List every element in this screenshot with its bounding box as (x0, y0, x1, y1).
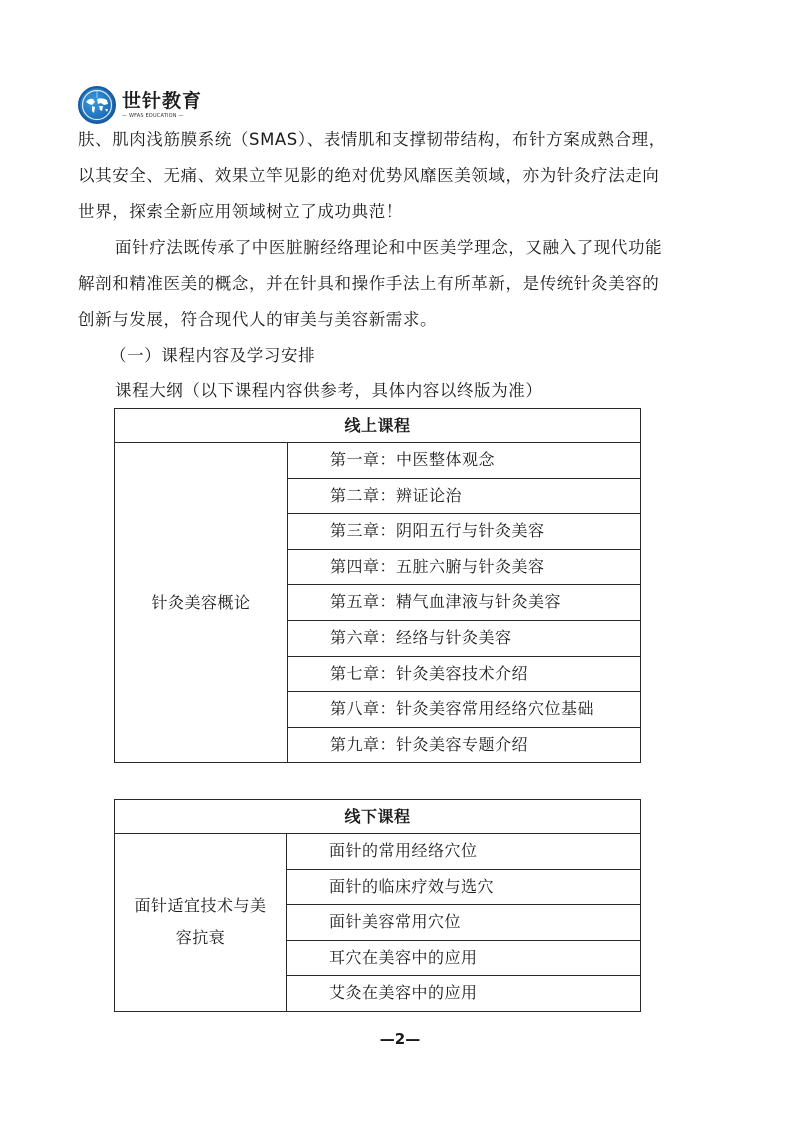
offline-course-table: 线下课程 面针适宜技术与美容抗衰 面针的常用经络穴位 面针的临床疗效与选穴 面针… (114, 799, 641, 1012)
table-row: 耳穴在美容中的应用 (287, 940, 641, 976)
paragraph-line: 肤、肌肉浅筋膜系统（SMAS）、表情肌和支撑韧带结构，布针方案成熟合理， (78, 122, 666, 158)
table-row: 第六章：经络与针灸美容 (288, 620, 641, 656)
table-row: 面针美容常用穴位 (287, 905, 641, 941)
outline-note: 课程大纲（以下课程内容供参考，具体内容以终版为准） (115, 373, 543, 409)
table-row: 第九章：针灸美容专题介绍 (288, 727, 641, 763)
brand-logo: 世针教育 — WFAS EDUCATION — (78, 86, 202, 124)
table-row: 第五章：精气血津液与针灸美容 (288, 585, 641, 621)
brand-subtitle: — WFAS EDUCATION — (122, 114, 202, 119)
paragraph-line: 解剖和精准医美的概念，并在针具和操作手法上有所革新，是传统针灸美容的 (78, 266, 659, 302)
table-row: 面针的临床疗效与选穴 (287, 869, 641, 905)
brand-name: 世针教育 (122, 92, 202, 111)
table-row: 第四章：五脏六腑与针灸美容 (288, 549, 641, 585)
table-row: 艾灸在美容中的应用 (287, 976, 641, 1012)
paragraph-line: 以其安全、无痛、效果立竿见影的绝对优势风靡医美领域，亦为针灸疗法走向 (78, 158, 659, 194)
course-category: 面针适宜技术与美容抗衰 (115, 834, 287, 1012)
table-row: 第二章：辨证论治 (288, 478, 641, 514)
course-category: 针灸美容概论 (115, 443, 288, 763)
table-row: 第一章：中医整体观念 (288, 443, 641, 479)
section-heading: （一）课程内容及学习安排 (110, 338, 315, 374)
page-number: —2— (0, 1030, 800, 1048)
table-row: 第七章：针灸美容技术介绍 (288, 656, 641, 692)
paragraph-line: 世界，探索全新应用领域树立了成功典范！ (78, 194, 403, 230)
table-row: 面针的常用经络穴位 (287, 834, 641, 870)
paragraph-line: 创新与发展，符合现代人的审美与美容新需求。 (78, 302, 437, 338)
table-title: 线上课程 (115, 409, 641, 443)
table-row: 第八章：针灸美容常用经络穴位基础 (288, 692, 641, 728)
table-title: 线下课程 (115, 800, 641, 834)
online-course-table: 线上课程 针灸美容概论 第一章：中医整体观念 第二章：辨证论治 第三章：阴阳五行… (114, 408, 641, 763)
table-row: 第三章：阴阳五行与针灸美容 (288, 514, 641, 550)
globe-icon (78, 86, 116, 124)
paragraph-line: 面针疗法既传承了中医脏腑经络理论和中医美学理念，又融入了现代功能 (115, 230, 662, 266)
